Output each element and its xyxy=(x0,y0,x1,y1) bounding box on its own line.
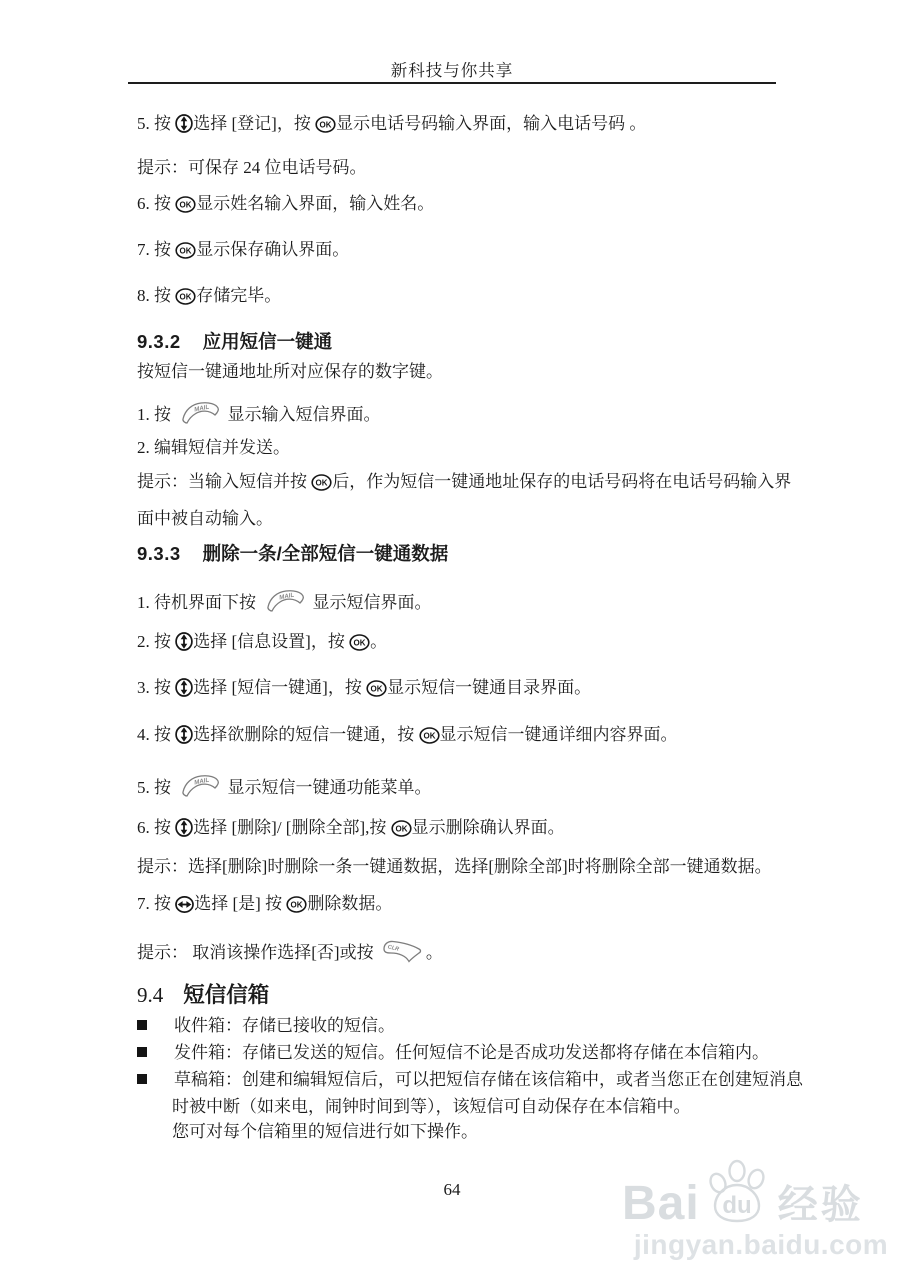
mail-key-icon: MAIL xyxy=(262,586,306,616)
updown-key-icon xyxy=(175,114,193,133)
ok-key-icon: OK xyxy=(391,820,412,837)
step-933-2: 2. 按 选择 [信息设置]，按 OK。 xyxy=(137,630,787,654)
manual-page: 新科技与你共享 5. 按 选择 [登记]，按 OK显示电话号码输入界面，输入电话… xyxy=(0,0,904,1280)
section-933-heading: 9.3.3删除一条/全部短信一键通数据 xyxy=(137,542,448,566)
mail-key-icon: MAIL xyxy=(177,398,221,428)
svg-text:OK: OK xyxy=(316,478,328,487)
svg-text:OK: OK xyxy=(180,292,192,301)
watermark-logo: Bai du 经验 xyxy=(622,1148,900,1225)
section-94-heading: 9.4短信信箱 xyxy=(137,982,269,1008)
ok-key-icon: OK xyxy=(315,116,336,133)
bullet-square-icon xyxy=(137,1074,147,1084)
mail-key-icon: MAIL xyxy=(177,771,221,801)
svg-text:OK: OK xyxy=(320,120,332,129)
step-933-3: 3. 按 选择 [短信一键通]，按 OK显示短信一键通目录界面。 xyxy=(137,676,787,700)
bullet-inbox: 收件箱：存储已接收的短信。 xyxy=(137,1014,797,1038)
step-7: 7. 按 OK显示保存确认界面。 xyxy=(137,238,787,262)
watermark-brand-left: Bai xyxy=(622,1182,700,1225)
step-933-7: 7. 按 选择 [是] 按 OK删除数据。 xyxy=(137,892,787,916)
bullet-square-icon xyxy=(137,1047,147,1057)
step-933-6: 6. 按 选择 [删除]/ [删除全部],按 OK显示删除确认界面。 xyxy=(137,816,787,840)
step-932-1: 1. 按 MAIL 显示输入短信界面。 xyxy=(137,398,787,428)
updown-key-icon xyxy=(175,678,193,697)
ok-key-icon: OK xyxy=(175,196,196,213)
svg-text:OK: OK xyxy=(180,200,192,209)
tip-932-line2: 面中被自动输入。 xyxy=(137,507,787,531)
step-8: 8. 按 OK存储完毕。 xyxy=(137,284,787,308)
step-932-2: 2. 编辑短信并发送。 xyxy=(137,436,787,460)
step-933-5: 5. 按 MAIL 显示短信一键通功能菜单。 xyxy=(137,771,787,801)
svg-text:OK: OK xyxy=(354,638,366,647)
updown-key-icon xyxy=(175,818,193,837)
step-933-4: 4. 按 选择欲删除的短信一键通，按 OK显示短信一键通详细内容界面。 xyxy=(137,723,787,747)
step-933-1: 1. 待机界面下按 MAIL 显示短信界面。 xyxy=(137,586,787,616)
bullet-drafts: 草稿箱：创建和编辑短信后，可以把短信存储在该信箱中，或者当您正在创建短消息 xyxy=(137,1068,797,1092)
svg-text:du: du xyxy=(722,1192,751,1219)
svg-text:OK: OK xyxy=(423,731,435,740)
header-rule xyxy=(128,82,776,84)
ok-key-icon: OK xyxy=(175,242,196,259)
bullet-outbox: 发件箱：存储已发送的短信。任何短信不论是否成功发送都将存储在本信箱内。 xyxy=(137,1041,797,1065)
page-header-title: 新科技与你共享 xyxy=(0,57,904,81)
bullet-drafts-cont1: 时被中断（如来电，闹钟时间到等），该短信可自动保存在本信箱中。 xyxy=(137,1095,832,1119)
ok-key-icon: OK xyxy=(349,634,370,651)
leftright-key-icon xyxy=(175,896,194,913)
watermark-brand-cn: 经验 xyxy=(778,1185,864,1225)
ok-key-icon: OK xyxy=(286,896,307,913)
svg-text:OK: OK xyxy=(291,900,303,909)
step-5: 5. 按 选择 [登记]，按 OK显示电话号码输入界面，输入电话号码 。 xyxy=(137,112,787,136)
bullet-drafts-cont2: 您可对每个信箱里的短信进行如下操作。 xyxy=(137,1120,832,1144)
ok-key-icon: OK xyxy=(419,727,440,744)
section-932-heading: 9.3.2应用短信一键通 xyxy=(137,330,332,354)
watermark: Bai du 经验 jingyan.baidu.com xyxy=(622,1148,900,1261)
ok-key-icon: OK xyxy=(311,474,332,491)
tip-933-delete: 提示：选择[删除]时删除一条一键通数据，选择[删除全部]时将删除全部一键通数据。 xyxy=(137,855,787,879)
tip-933-cancel: 提示： 取消该操作选择[否]或按 CLR。 xyxy=(137,936,787,966)
clr-key-icon: CLR xyxy=(380,936,424,966)
baidu-paw-icon: du xyxy=(701,1157,773,1234)
tip-932-line1: 提示：当输入短信并按 OK后，作为短信一键通地址保存的电话号码将在电话号码输入界 xyxy=(137,470,787,494)
tip-save-24: 提示：可保存 24 位电话号码。 xyxy=(137,156,787,180)
svg-text:OK: OK xyxy=(180,246,192,255)
updown-key-icon xyxy=(175,725,193,744)
bullet-square-icon xyxy=(137,1020,147,1030)
section-932-intro: 按短信一键通地址所对应保存的数字键。 xyxy=(137,360,787,384)
updown-key-icon xyxy=(175,632,193,651)
ok-key-icon: OK xyxy=(366,680,387,697)
svg-text:OK: OK xyxy=(371,684,383,693)
step-6: 6. 按 OK显示姓名输入界面，输入姓名。 xyxy=(137,192,787,216)
ok-key-icon: OK xyxy=(175,288,196,305)
svg-text:OK: OK xyxy=(395,824,407,833)
